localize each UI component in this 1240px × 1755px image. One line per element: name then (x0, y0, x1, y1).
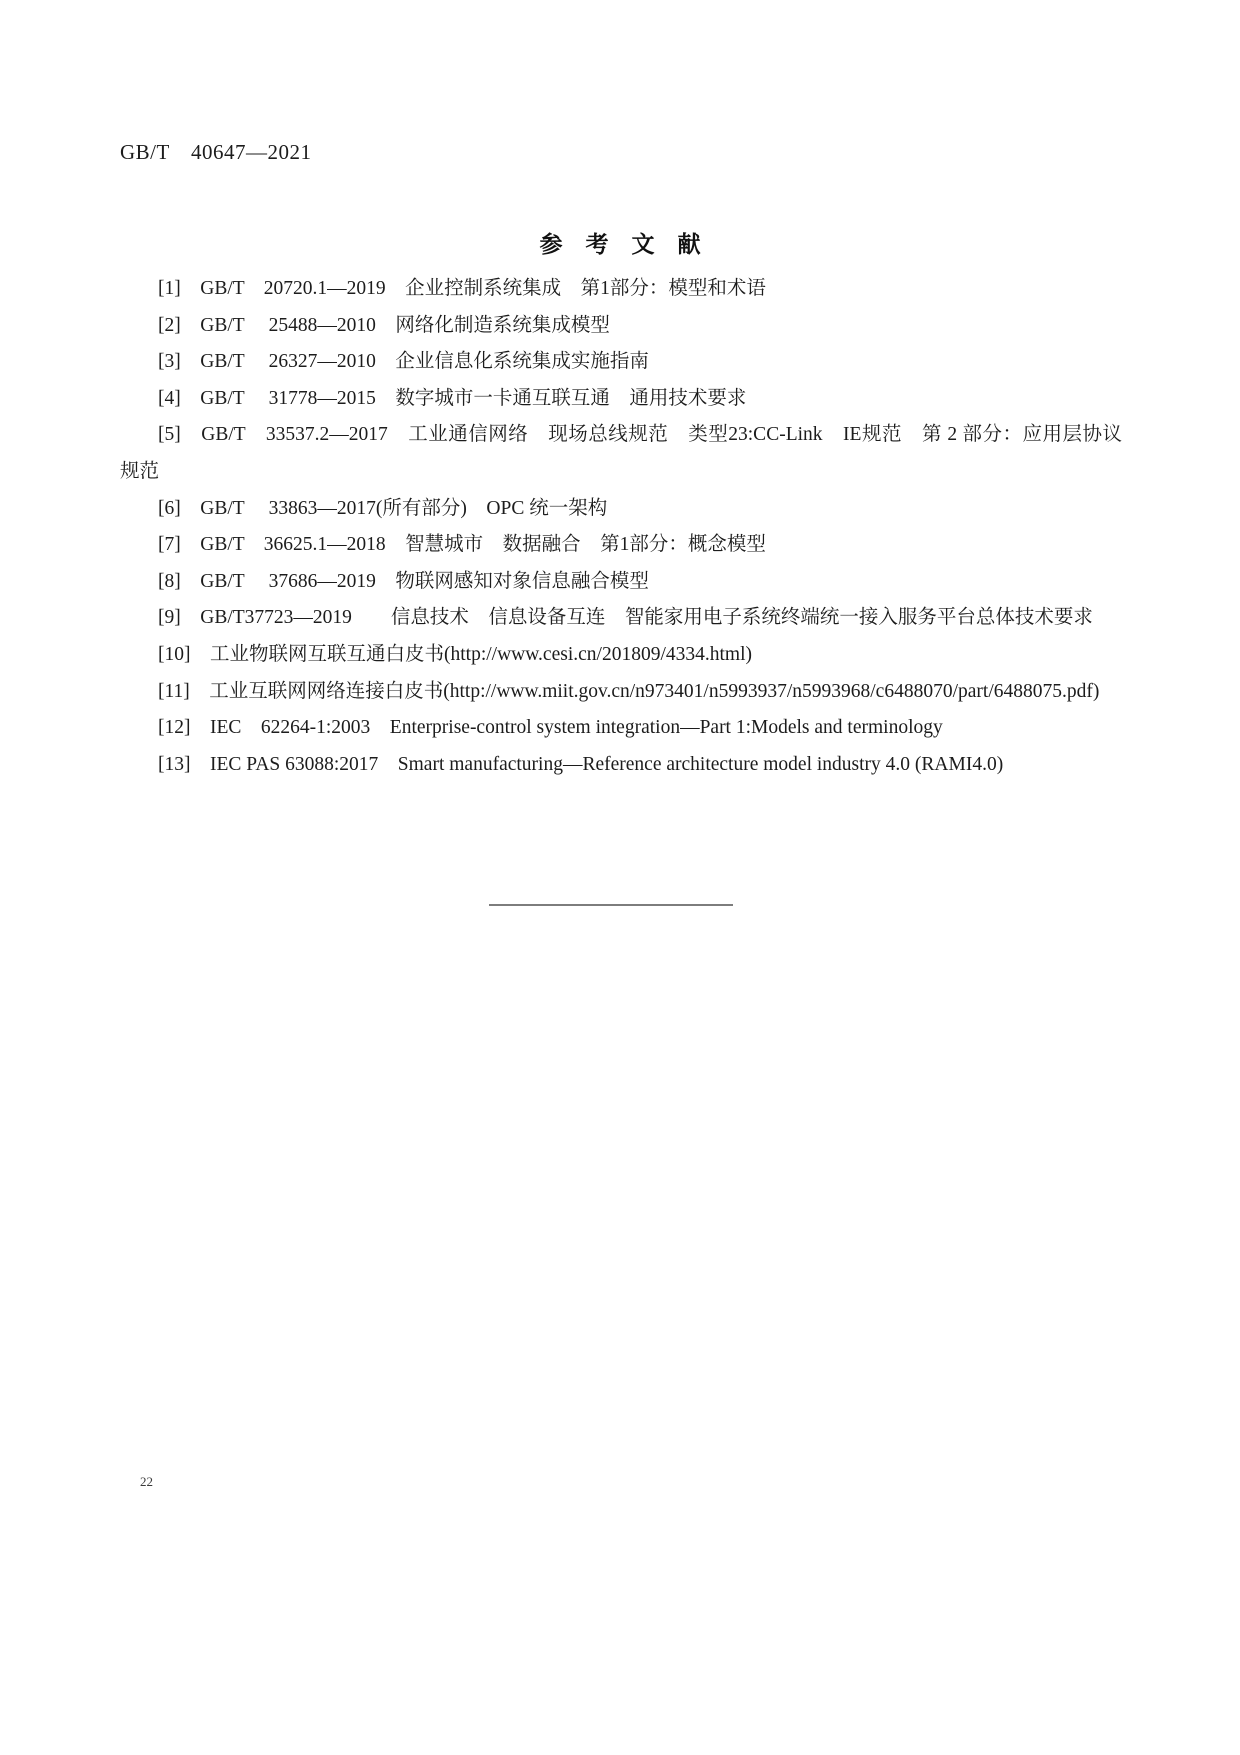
reference-item: [10] 工业物联网互联互通白皮书(http://www.cesi.cn/201… (120, 637, 1122, 674)
reference-item: [4] GB/T 31778—2015 数字城市一卡通互联互通 通用技术要求 (120, 381, 1122, 418)
page-title: 参 考 文 献 (0, 226, 1240, 259)
page-number: 22 (140, 1474, 153, 1490)
standard-number-header: GB/T 40647—2021 (120, 136, 311, 166)
reference-item: [11] 工业互联网网络连接白皮书(http://www.miit.gov.cn… (120, 674, 1122, 711)
reference-item: [7] GB/T 36625.1—2018 智慧城市 数据融合 第1部分：概念模… (120, 527, 1122, 564)
references-list: [1] GB/T 20720.1—2019 企业控制系统集成 第1部分：模型和术… (120, 271, 1122, 783)
reference-item: [1] GB/T 20720.1—2019 企业控制系统集成 第1部分：模型和术… (120, 271, 1122, 308)
document-page: GB/T 40647—2021 参 考 文 献 [1] GB/T 20720.1… (0, 0, 1240, 1755)
reference-item: [2] GB/T 25488—2010 网络化制造系统集成模型 (120, 308, 1122, 345)
reference-item: [6] GB/T 33863—2017(所有部分) OPC 统一架构 (120, 491, 1122, 528)
end-of-text-divider (489, 904, 733, 906)
reference-item: [12] IEC 62264-1:2003 Enterprise-control… (120, 710, 1122, 747)
reference-item: [8] GB/T 37686—2019 物联网感知对象信息融合模型 (120, 564, 1122, 601)
reference-item: [13] IEC PAS 63088:2017 Smart manufactur… (120, 747, 1122, 784)
reference-item: [3] GB/T 26327—2010 企业信息化系统集成实施指南 (120, 344, 1122, 381)
reference-item: [5] GB/T 33537.2—2017 工业通信网络 现场总线规范 类型23… (120, 417, 1122, 490)
reference-item: [9] GB/T37723—2019 信息技术 信息设备互连 智能家用电子系统终… (120, 600, 1122, 637)
